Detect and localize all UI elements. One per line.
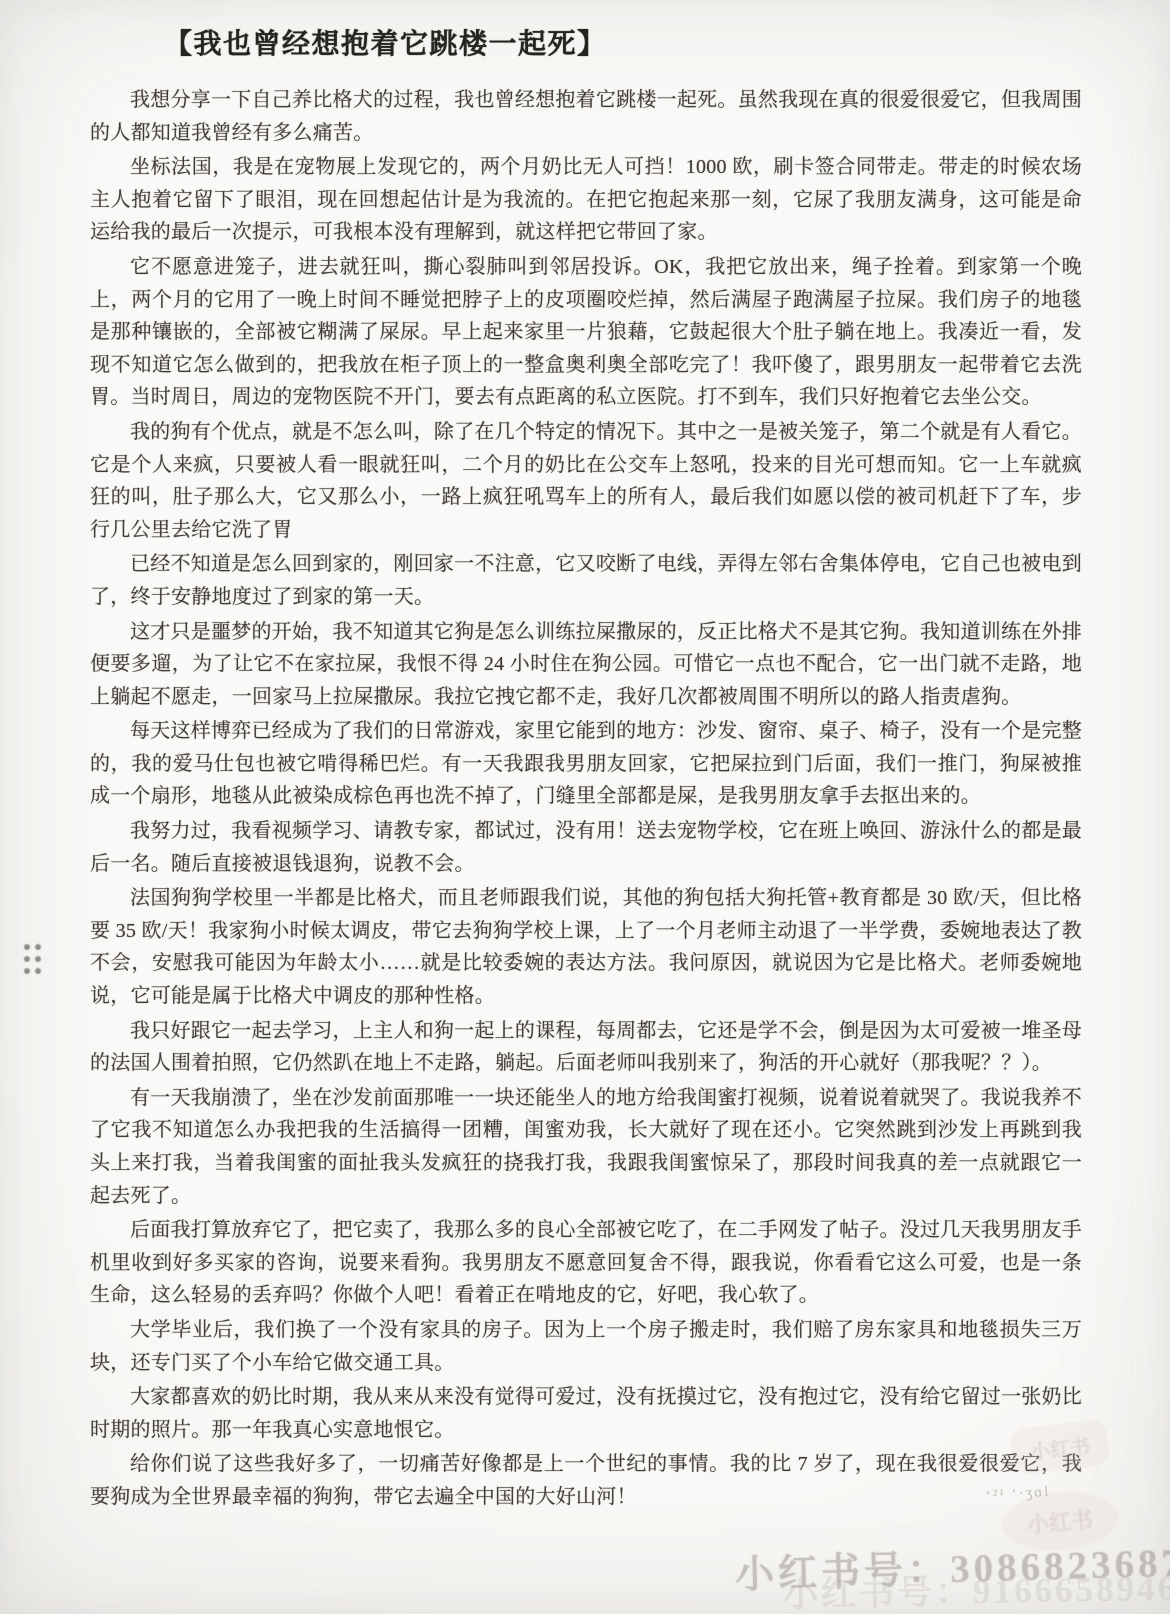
article-title: 【我也曾经想抱着它跳楼一起死】 <box>164 22 1082 62</box>
paragraph: 我努力过，我看视频学习、请教专家，都试过，没有用！送去宠物学校，它在班上唤回、游… <box>90 815 1082 880</box>
paragraph: 后面我打算放弃它了，把它卖了，我那么多的良心全部被它吃了，在二手网发了帖子。没过… <box>90 1214 1082 1312</box>
paragraph: 大学毕业后，我们换了一个没有家具的房子。因为上一个房子搬走时，我们赔了房东家具和… <box>90 1314 1082 1379</box>
paragraph: 我的狗有个优点，就是不怎么叫，除了在几个特定的情况下。其中之一是被关笼子，第二个… <box>90 416 1082 546</box>
paragraph: 已经不知道是怎么回到家的，刚回家一不注意，它又咬断了电线，弄得左邻右舍集体停电，… <box>90 548 1082 613</box>
article-body: 我想分享一下自己养比格犬的过程，我也曾经想抱着它跳楼一起死。虽然我现在真的很爱很… <box>90 84 1082 1514</box>
paragraph: 法国狗狗学校里一半都是比格犬，而且老师跟我们说，其他的狗包括大狗托管+教育都是 … <box>90 882 1082 1012</box>
article-page: 【我也曾经想抱着它跳楼一起死】 我想分享一下自己养比格犬的过程，我也曾经想抱着它… <box>90 22 1082 1516</box>
paragraph: 我想分享一下自己养比格犬的过程，我也曾经想抱着它跳楼一起死。虽然我现在真的很爱很… <box>90 84 1082 149</box>
watermark-id-secondary: 小红书号：9166658946 <box>783 1561 1170 1614</box>
paragraph: 每天这样博弈已经成为了我们的日常游戏，家里它能到的地方：沙发、窗帘、桌子、椅子，… <box>90 715 1082 813</box>
paragraph: 坐标法国，我是在宠物展上发现它的，两个月奶比无人可挡！1000 欧，刷卡签合同带… <box>90 151 1082 249</box>
paragraph: 它不愿意进笼子，进去就狂叫，撕心裂肺叫到邻居投诉。OK，我把它放出来，绳子拴着。… <box>90 251 1082 414</box>
paragraph: 大家都喜欢的奶比时期，我从来从来没有觉得可爱过，没有抚摸过它，没有抱过它，没有给… <box>90 1381 1082 1446</box>
paragraph: 给你们说了这些我好多了，一切痛苦好像都是上一个世纪的事情。我的比 7 岁了，现在… <box>90 1448 1082 1513</box>
paragraph: 这才只是噩梦的开始，我不知道其它狗是怎么训练拉屎撒尿的，反正比格犬不是其它狗。我… <box>90 616 1082 714</box>
watermark-id-block: 小红书号：3086823687 小红书号：9166658946 <box>735 1538 1165 1594</box>
paragraph: 有一天我崩溃了，坐在沙发前面那唯一一块还能坐人的地方给我闺蜜打视频，说着说着就哭… <box>90 1082 1082 1212</box>
drag-dots-icon <box>24 944 41 976</box>
paragraph: 我只好跟它一起去学习，上主人和狗一起上的课程，每周都去，它还是学不会，倒是因为太… <box>90 1015 1082 1080</box>
watermark-id-primary: 小红书号：3086823687 <box>734 1532 1165 1600</box>
